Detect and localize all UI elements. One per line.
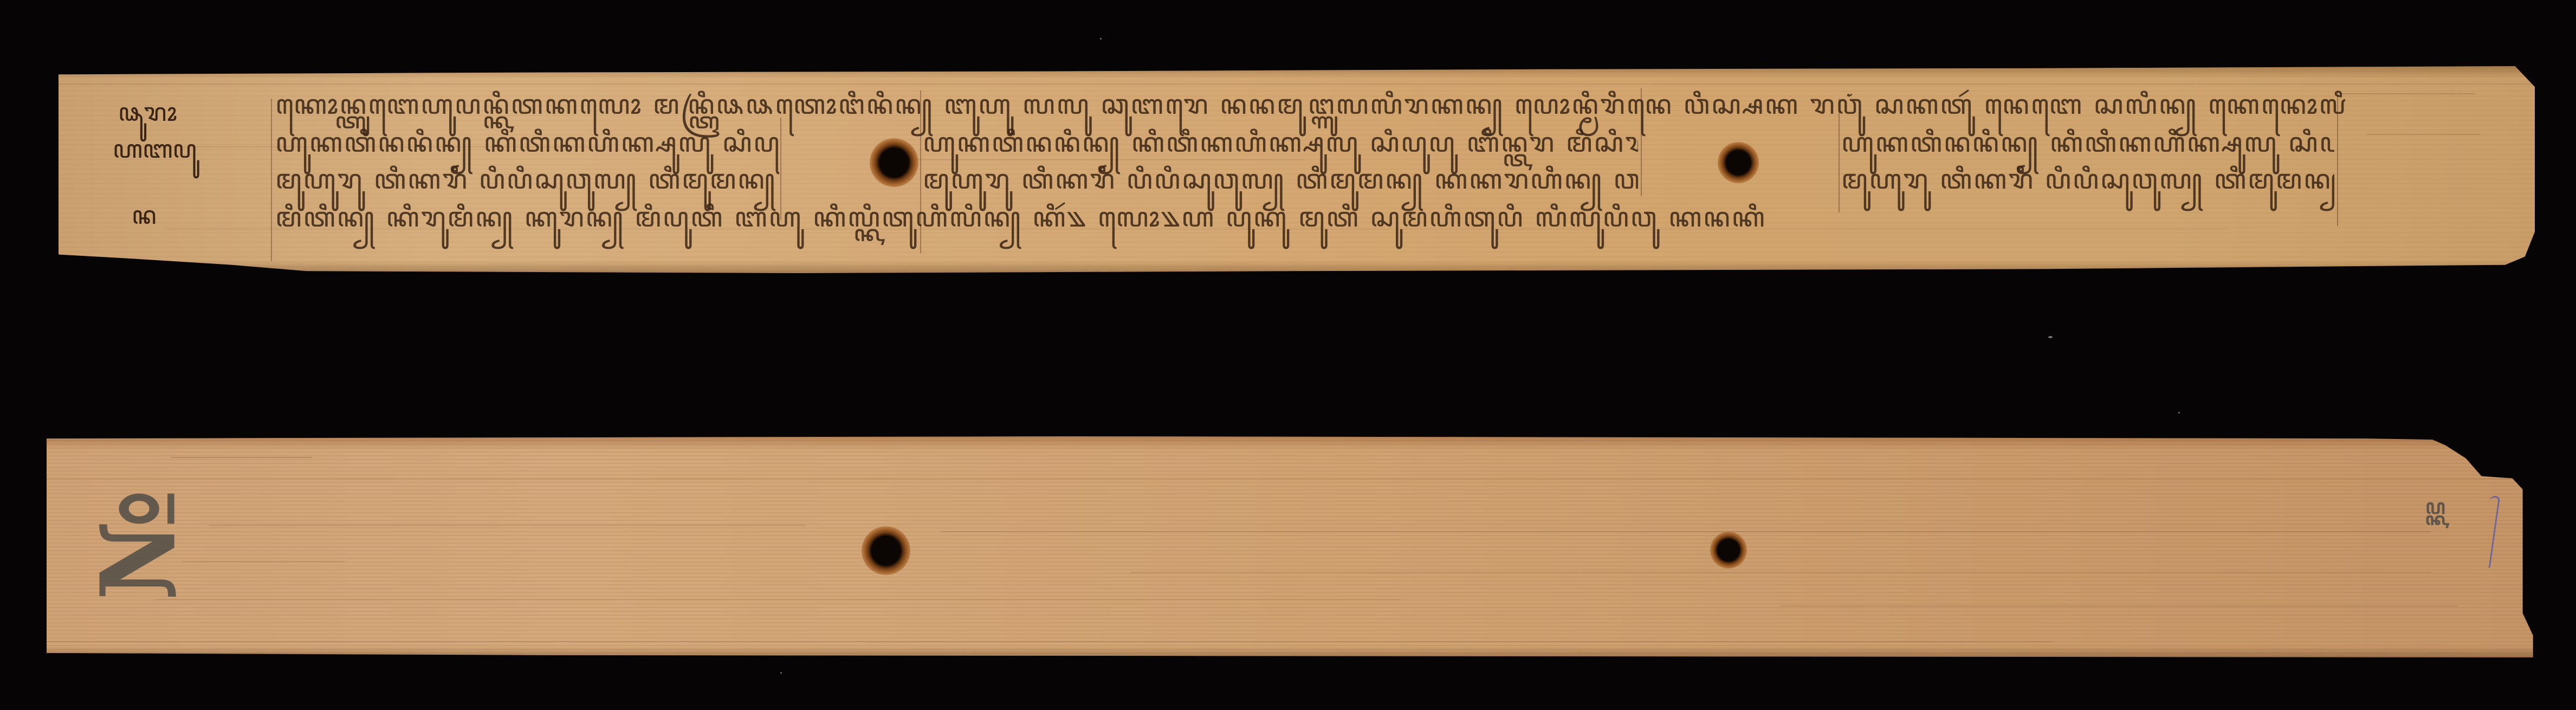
dust-speck (780, 672, 782, 674)
string-hole (1718, 142, 1759, 183)
string-hole (870, 138, 918, 187)
leaf-fiber (171, 457, 312, 458)
manuscript-text-line: ꦩꦸꦲꦸꦫꦸ ꦠꦶꦏꦫꦶ ꦥꦶꦥꦶꦱꦸꦮꦸꦭ꧀ ꦠꦶꦩꦸꦩꦤ꧀ ꦏꦏꦫꦲꦶꦤ꧀ … (1841, 158, 2334, 214)
margin-label: ꦤ (132, 196, 157, 247)
leaf-fiber (47, 479, 2517, 480)
leaf-fiber (1130, 572, 2431, 573)
leaf-fiber (2367, 134, 2481, 135)
string-hole (1710, 532, 1747, 569)
leaf-fiber (1781, 605, 2458, 606)
dust-speck (2048, 336, 2053, 338)
pencil-marks-right: ꦥ꧀ꦏ (2425, 490, 2445, 533)
dust-speck (1100, 38, 1102, 40)
dust-speck (2178, 412, 2180, 414)
ruled-margin-line (271, 99, 272, 261)
string-hole (862, 526, 910, 575)
leaf-fiber (47, 641, 2051, 642)
margin-label: ꦲꦧꦥꦸ (113, 130, 197, 181)
blue-ink-stroke (2480, 496, 2501, 568)
leaf-fiber (941, 531, 2431, 532)
pencil-numero-annotation: № (68, 474, 209, 615)
leaf-fiber (209, 525, 805, 526)
manuscript-leaf-bottom: № ꦥ꧀ꦏ (47, 436, 2576, 657)
manuscript-text-line: ꦩꦶꦠꦶꦤ꧀ ꦏꦶꦫꦸꦩꦶꦤ꧀ ꦏꦸꦫꦤ꧀ ꦩꦶꦥꦸꦠꦶ ꦧꦲꦸ ꦏꦶꦭ꧀ꦏꦶꦠ… (275, 196, 1765, 251)
leaf-fiber (155, 599, 1401, 600)
photo-background: ꦦꦸꦫꦴ ꦲꦧꦥꦸ ꦤ ꦏꦺꦴꦤ꧀ꦠꦸꦧꦺꦲꦸꦥꦤ꧀ꦏꦶꦠꦏꦭꦺꦴ ꦩꦤ꧀ꦠꦿꦶ… (0, 0, 2576, 710)
manuscript-leaf-top: ꦦꦸꦫꦴ ꦲꦧꦥꦸ ꦤ ꦏꦺꦴꦤ꧀ꦠꦸꦧꦺꦲꦸꦥꦤ꧀ꦏꦶꦠꦏꦭꦺꦴ ꦩꦤ꧀ꦠꦿꦶ… (59, 66, 2535, 273)
leaf-fiber (2340, 93, 2475, 94)
